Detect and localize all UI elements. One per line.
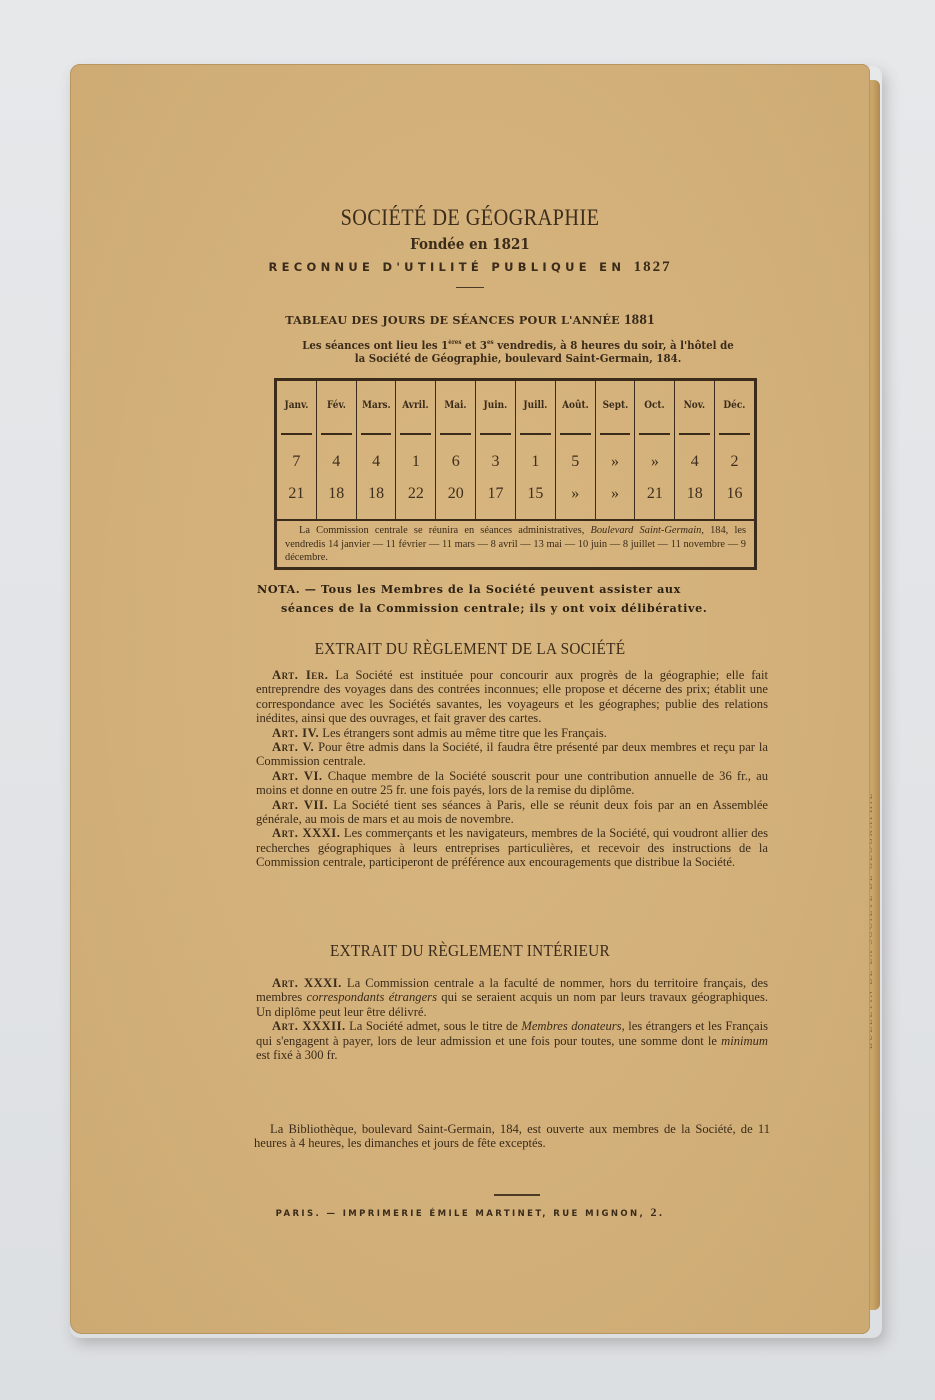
article-ref: Art. VII. xyxy=(272,798,328,812)
first-friday: 7 xyxy=(277,453,316,471)
recognized-year: 1827 xyxy=(634,259,672,275)
note-text: La Commission centrale se réunira en séa… xyxy=(299,525,590,536)
first-friday: 1 xyxy=(516,453,555,471)
month-column: Juin.317 xyxy=(476,381,516,519)
reglement-interieur-articles: Art. XXXI. La Commission centrale a la f… xyxy=(256,976,768,1062)
recognized-line: RECONNUE D'UTILITÉ PUBLIQUE EN 1827 xyxy=(71,259,869,276)
month-rule xyxy=(719,433,750,435)
document-back-cover: SOCIÉTÉ DE GÉOGRAPHIE Fondée en 1821 REC… xyxy=(70,64,870,1334)
first-friday: 3 xyxy=(476,453,515,471)
footer-rule xyxy=(494,1194,540,1196)
month-label: Mai. xyxy=(439,399,472,411)
month-label: Mars. xyxy=(360,399,393,411)
article-ref: Art. Ier. xyxy=(272,668,328,682)
third-friday: 18 xyxy=(317,485,356,503)
library-text: La Bibliothèque, boulevard Saint-Germain… xyxy=(254,1122,770,1150)
printer-imprint: PARIS. — IMPRIMERIE ÉMILE MARTINET, RUE … xyxy=(71,1205,869,1220)
article: Art. XXXI. Les commerçants et les naviga… xyxy=(256,826,768,869)
schedule-heading-text: TABLEAU DES JOURS DE SÉANCES POUR L'ANNÉ… xyxy=(285,313,620,327)
nota-notice: NOTA. — Tous les Membres de la Société p… xyxy=(257,580,769,618)
session-calendar-table: Janv.721 Fév.418 Mars.418 Avril.122 Mai.… xyxy=(274,378,757,570)
article: Art. XXXI. La Commission centrale a la f… xyxy=(256,976,768,1019)
article-text: La Société est instituée pour concourir … xyxy=(256,668,768,725)
month-column: Sept.»» xyxy=(596,381,636,519)
month-rule xyxy=(361,433,392,435)
divider-rule xyxy=(456,287,484,288)
article-ref: Art. XXXI. xyxy=(272,826,340,840)
nota-line-1: NOTA. — Tous les Membres de la Société p… xyxy=(257,582,681,596)
third-friday: 16 xyxy=(715,485,754,503)
month-column: Avril.122 xyxy=(396,381,436,519)
article-text: La Société admet, sous le titre de xyxy=(346,1019,522,1033)
month-rule xyxy=(600,433,631,435)
article-italic: Membres donateurs xyxy=(521,1019,621,1033)
month-rule xyxy=(679,433,710,435)
article-text: Chaque membre de la Société souscrit pou… xyxy=(256,769,768,797)
intro-sup: ères xyxy=(448,339,461,346)
article-text: La Société tient ses séances à Paris, el… xyxy=(256,798,768,826)
third-friday: 21 xyxy=(277,485,316,503)
month-rule xyxy=(639,433,670,435)
article-ref: Art. V. xyxy=(272,740,314,754)
calendar-columns: Janv.721 Fév.418 Mars.418 Avril.122 Mai.… xyxy=(277,381,754,519)
month-label: Janv. xyxy=(280,399,313,411)
month-column: Nov.418 xyxy=(675,381,715,519)
schedule-heading: TABLEAU DES JOURS DE SÉANCES POUR L'ANNÉ… xyxy=(71,312,869,329)
article-ref: Art. XXXII. xyxy=(272,1019,346,1033)
nota-line-2: séances de la Commission centrale; ils y… xyxy=(257,599,769,618)
month-rule xyxy=(281,433,312,435)
reglement-societe-title: EXTRAIT DU RÈGLEMENT DE LA SOCIÉTÉ xyxy=(111,639,829,659)
article: Art. V. Pour être admis dans la Société,… xyxy=(256,740,768,769)
month-column: Mai.620 xyxy=(436,381,476,519)
article: Art. Ier. La Société est instituée pour … xyxy=(256,668,768,726)
intro-part: et 3 xyxy=(461,339,486,352)
month-column: Déc.216 xyxy=(715,381,754,519)
month-column: Août.5» xyxy=(556,381,596,519)
month-label: Nov. xyxy=(678,399,711,411)
printer-text: PARIS. — IMPRIMERIE ÉMILE MARTINET, RUE … xyxy=(276,1209,646,1219)
first-friday: 4 xyxy=(317,453,356,471)
month-label: Déc. xyxy=(718,399,751,411)
third-friday: » xyxy=(596,485,635,503)
first-friday: 5 xyxy=(556,453,595,471)
article-italic: correspondants étrangers xyxy=(306,990,437,1004)
note-italic: Boulevard Saint-Germain xyxy=(590,525,701,536)
month-column: Juill.115 xyxy=(516,381,556,519)
recognized-text: RECONNUE D'UTILITÉ PUBLIQUE EN xyxy=(268,260,625,274)
first-friday: 4 xyxy=(357,453,396,471)
society-title: SOCIÉTÉ DE GÉOGRAPHIE xyxy=(119,205,821,231)
third-friday: » xyxy=(556,485,595,503)
month-rule xyxy=(480,433,511,435)
first-friday: 1 xyxy=(396,453,435,471)
month-label: Sept. xyxy=(599,399,632,411)
commission-note: La Commission centrale se réunira en séa… xyxy=(277,519,754,567)
month-column: Fév.418 xyxy=(317,381,357,519)
third-friday: 15 xyxy=(516,485,555,503)
third-friday: 18 xyxy=(675,485,714,503)
intro-part: Les séances ont lieu les 1 xyxy=(302,339,448,352)
third-friday: 22 xyxy=(396,485,435,503)
third-friday: 17 xyxy=(476,485,515,503)
article: Art. VII. La Société tient ses séances à… xyxy=(256,798,768,827)
third-friday: 20 xyxy=(436,485,475,503)
article-ref: Art. VI. xyxy=(272,769,323,783)
article: Art. IV. Les étrangers sont admis au mêm… xyxy=(256,726,768,740)
schedule-year: 1881 xyxy=(624,312,655,328)
article-text: Pour être admis dans la Société, il faud… xyxy=(256,740,768,768)
article-ref: Art. IV. xyxy=(272,726,319,740)
month-rule xyxy=(520,433,551,435)
month-rule xyxy=(560,433,591,435)
printer-number: 2. xyxy=(651,1205,665,1219)
month-label: Fév. xyxy=(320,399,353,411)
month-rule xyxy=(321,433,352,435)
month-label: Juin. xyxy=(479,399,512,411)
month-label: Août. xyxy=(559,399,592,411)
reglement-societe-articles: Art. Ier. La Société est instituée pour … xyxy=(256,668,768,870)
library-notice: La Bibliothèque, boulevard Saint-Germain… xyxy=(254,1122,770,1151)
article-text: Les étrangers sont admis au même titre q… xyxy=(319,726,607,740)
article: Art. XXXII. La Société admet, sous le ti… xyxy=(256,1019,768,1062)
reglement-interieur-title: EXTRAIT DU RÈGLEMENT INTÉRIEUR xyxy=(111,941,829,961)
first-friday: 4 xyxy=(675,453,714,471)
sessions-intro: Les séances ont lieu les 1ères et 3es ve… xyxy=(299,339,736,365)
month-rule xyxy=(400,433,431,435)
first-friday: 6 xyxy=(436,453,475,471)
article-ref: Art. XXXI. xyxy=(272,976,342,990)
intro-sup: es xyxy=(487,339,494,346)
month-label: Oct. xyxy=(638,399,671,411)
article: Art. VI. Chaque membre de la Société sou… xyxy=(256,769,768,798)
month-rule xyxy=(440,433,471,435)
month-column: Oct.»21 xyxy=(635,381,675,519)
third-friday: 21 xyxy=(635,485,674,503)
first-friday: 2 xyxy=(715,453,754,471)
month-label: Avril. xyxy=(399,399,432,411)
first-friday: » xyxy=(635,453,674,471)
founded-line: Fondée en 1821 xyxy=(111,235,829,253)
month-label: Juill. xyxy=(519,399,552,411)
article-text: est fixé à 300 fr. xyxy=(256,1048,337,1062)
first-friday: » xyxy=(596,453,635,471)
month-column: Janv.721 xyxy=(277,381,317,519)
third-friday: 18 xyxy=(357,485,396,503)
article-italic: minimum xyxy=(721,1034,768,1048)
month-column: Mars.418 xyxy=(357,381,397,519)
